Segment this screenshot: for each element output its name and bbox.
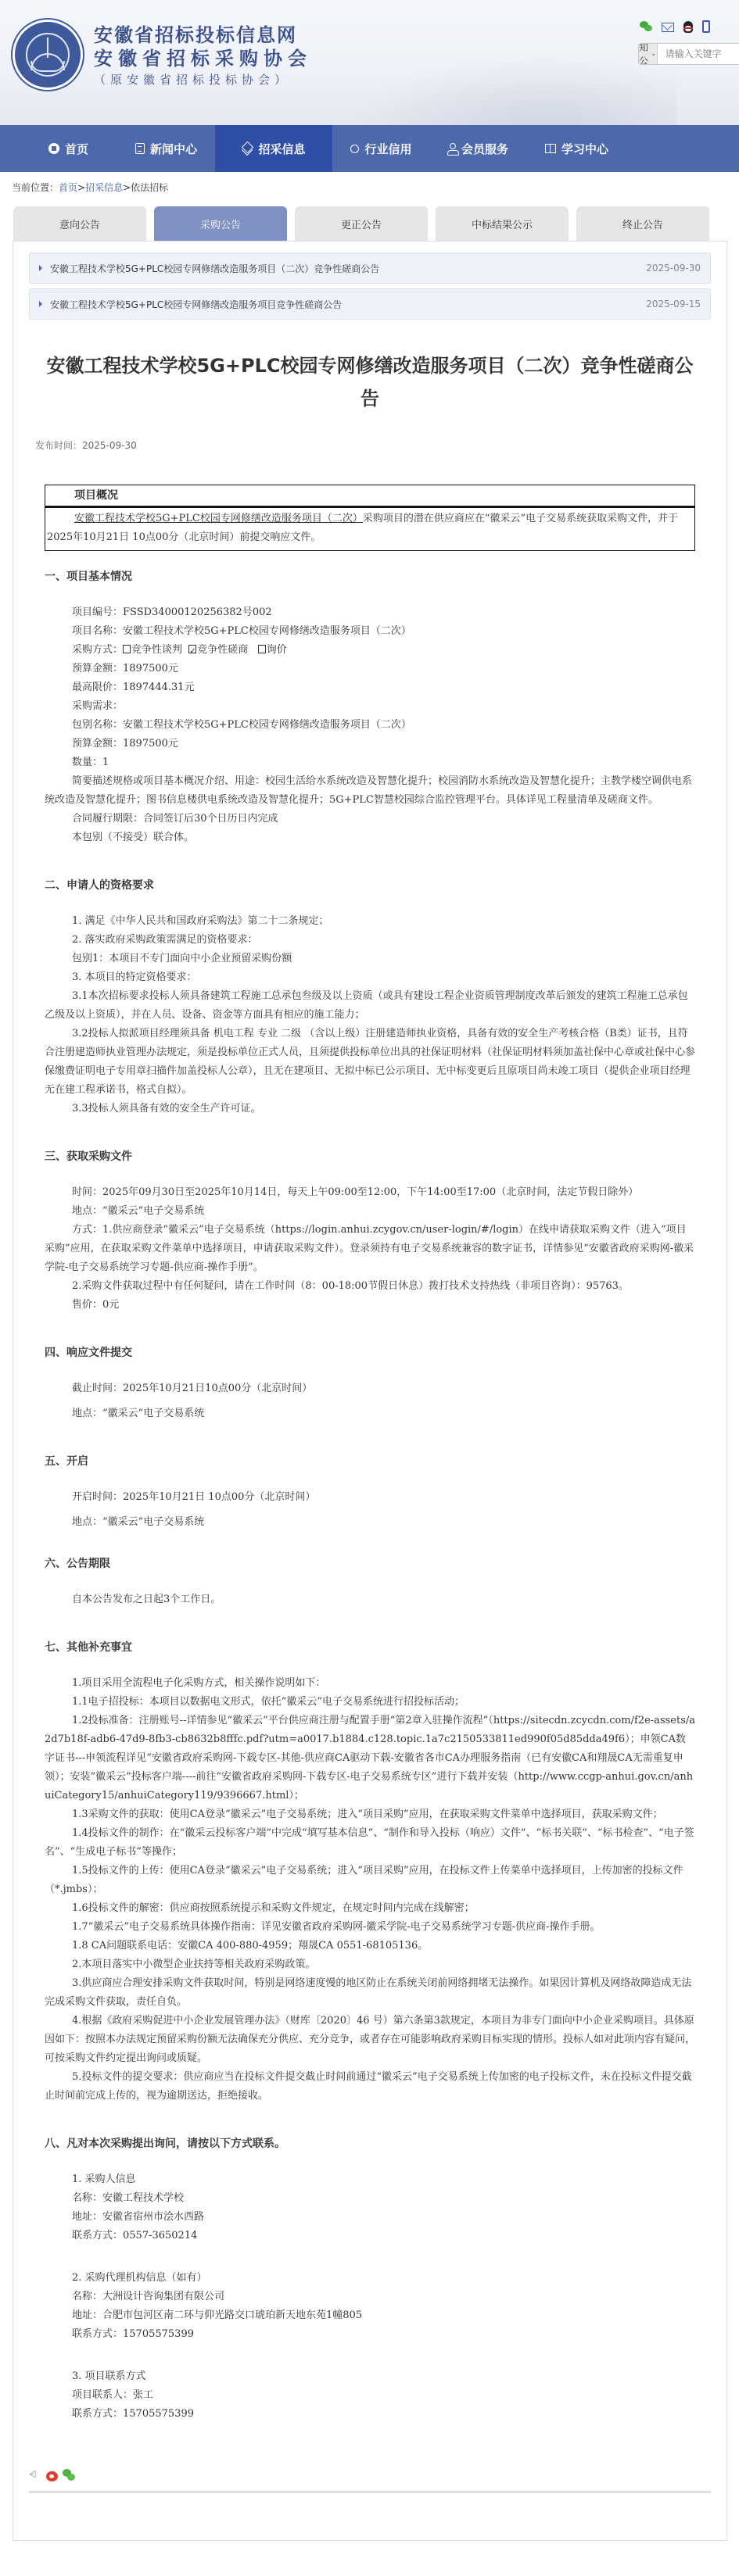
association-logo[interactable] bbox=[13, 20, 83, 90]
method-option: 询价 bbox=[267, 644, 287, 656]
share-bar bbox=[29, 2469, 711, 2481]
share-icon[interactable] bbox=[29, 2469, 41, 2481]
qq-icon[interactable] bbox=[683, 21, 693, 33]
supplementary-item: 1.4投标文件的制作：在“徽采云投标客户端”中完成“填写基本信息”、“制作和导入… bbox=[45, 1824, 695, 1862]
supplementary-item: 1.项目采用全流程电子化采购方式，相关操作说明如下： bbox=[45, 1674, 695, 1693]
publish-time: 发布时间：2025-09-30 bbox=[35, 438, 711, 452]
site-title-former: （原安徽省招标投标协会） bbox=[94, 70, 312, 89]
qualification-item: 包别1：本项目不专门面向中小企业预留采购份额 bbox=[45, 950, 695, 968]
nav-item-label: 行业信用 bbox=[364, 141, 411, 157]
nav-item-learning-center[interactable]: 学习中心 bbox=[528, 125, 626, 172]
agency-phone: 联系方式：15705575399 bbox=[45, 2325, 695, 2344]
project-overview-box: 项目概况 安徽工程技术学校5G+PLC校园专网修缮改造服务项目（二次）采购项目的… bbox=[45, 485, 695, 551]
nav-item-procurement-info[interactable]: 招采信息 bbox=[215, 125, 332, 172]
qualification-item: 3. 本项目的特定资格要求： bbox=[45, 968, 695, 987]
mail-icon[interactable] bbox=[662, 23, 674, 32]
search-category-label: 通知公告 bbox=[639, 43, 648, 65]
project-contact-title: 3. 项目联系方式 bbox=[45, 2367, 695, 2386]
procurement-method: 采购方式：竞争性谈判 竞争性磋商 询价 bbox=[45, 641, 695, 660]
document-price: 售价：0元 bbox=[45, 1296, 695, 1315]
nav-item-label: 会员服务 bbox=[461, 141, 508, 157]
wechat-icon[interactable] bbox=[63, 2469, 75, 2481]
nav-item-label: 学习中心 bbox=[561, 141, 608, 157]
nav-item-label: 新闻中心 bbox=[150, 141, 197, 157]
user-icon bbox=[450, 143, 456, 149]
site-header: 安徽省招标投标信息网 安徽省招标采购协会 （原安徽省招标投标协会） 通知公告 ⌄ bbox=[0, 0, 739, 125]
tab-correction-notice[interactable]: 更正公告 bbox=[295, 206, 428, 241]
section-heading: 三、获取采购文件 bbox=[45, 1148, 695, 1164]
section-heading: 四、响应文件提交 bbox=[45, 1344, 695, 1360]
opening-time: 开启时间：2025年10月21日 10点00分（北京时间） bbox=[45, 1488, 695, 1507]
purchaser-address: 地址：安徽省宿州市浍水西路 bbox=[45, 2208, 695, 2227]
tab-award-result[interactable]: 中标结果公示 bbox=[436, 206, 569, 241]
publish-date: 2025-09-30 bbox=[82, 440, 137, 451]
section-heading: 七、其他补充事宜 bbox=[45, 1639, 695, 1655]
checkbox-unchecked bbox=[123, 645, 131, 653]
nav-item-home[interactable]: 首页 bbox=[20, 125, 117, 172]
site-title-primary: 安徽省招标投标信息网 bbox=[94, 23, 312, 47]
bullet-triangle-icon bbox=[39, 301, 42, 307]
breadcrumb-separator: > bbox=[123, 182, 131, 193]
related-notice-date: 2025-09-15 bbox=[646, 299, 701, 309]
checkbox-unchecked bbox=[258, 645, 266, 653]
book-icon bbox=[545, 144, 556, 153]
budget-amount: 预算金额：1897500元 bbox=[45, 660, 695, 678]
medal-icon bbox=[350, 145, 359, 153]
breadcrumb-procurement-link[interactable]: 招采信息 bbox=[85, 182, 123, 193]
opening-place: 地点：“徽采云”电子交易系统 bbox=[45, 1513, 695, 1532]
acquisition-method: 方式：1.供应商登录“徽采云”电子交易系统（https://login.anhu… bbox=[45, 1221, 695, 1277]
supplementary-item: 1.8 CA问题联系电话：安徽CA 400-880-4959；翔晟CA 0551… bbox=[45, 1937, 695, 1955]
agency-title: 2. 采购代理机构信息（如有） bbox=[45, 2269, 695, 2288]
related-notice-item[interactable]: 安徽工程技术学校5G+PLC校园专网修缮改造服务项目竞争性磋商公告 2025-0… bbox=[29, 288, 711, 320]
qualification-item: 1. 满足《中华人民共和国政府采购法》第二十二条规定； bbox=[45, 912, 695, 931]
content-card: 安徽工程技术学校5G+PLC校园专网修缮改造服务项目（二次）竞争性磋商公告 20… bbox=[13, 241, 727, 2541]
nav-item-label: 首页 bbox=[65, 141, 88, 157]
qualification-item: 3.2投标人拟派项目经理须具备 机电工程 专业 二级 （含以上级）注册建造师执业… bbox=[45, 1025, 695, 1100]
mobile-icon[interactable] bbox=[702, 20, 710, 33]
breadcrumb-home-link[interactable]: 首页 bbox=[59, 182, 77, 193]
tab-termination-notice[interactable]: 终止公告 bbox=[576, 206, 709, 241]
weibo-icon[interactable] bbox=[46, 2471, 58, 2481]
qualification-item: 3.3投标人须具备有效的安全生产许可证。 bbox=[45, 1100, 695, 1118]
package-name: 包别名称：安徽工程技术学校5G+PLC校园专网修缮改造服务项目（二次） bbox=[45, 716, 695, 735]
section-heading: 六、公告期限 bbox=[45, 1555, 695, 1571]
package-budget: 预算金额：1897500元 bbox=[45, 735, 695, 753]
supplementary-item: 1.6投标文件的解密：供应商按照系统提示和采购文件规定，在规定时间内完成在线解密… bbox=[45, 1899, 695, 1918]
project-description: 简要描述规格或项目基本概况介绍、用途：校园生活给水系统改造及智慧化提升；校园消防… bbox=[45, 772, 695, 810]
supplementary-item: 1.7“徽采云”电子交易系统具体操作指南：详见安徽省政府采购网-徽采学院-电子交… bbox=[45, 1918, 695, 1937]
procurement-demand: 采购需求： bbox=[45, 697, 695, 716]
related-notice-title: 安徽工程技术学校5G+PLC校园专网修缮改造服务项目竞争性磋商公告 bbox=[50, 298, 342, 311]
acquisition-place: 地点：“徽采云”电子交易系统 bbox=[45, 1202, 695, 1221]
breadcrumb-prefix: 当前位置： bbox=[12, 182, 59, 193]
project-number: 项目编号：FSSD34000120256382号002 bbox=[45, 603, 695, 622]
max-price: 最高限价：1897444.31元 bbox=[45, 678, 695, 697]
divider bbox=[29, 2491, 711, 2493]
qualification-item: 3.1本次招标要求投标人须具备建筑工程施工总承包叁级及以上资质（或具有建设工程企… bbox=[45, 987, 695, 1025]
search-box: 通知公告 ⌄ bbox=[638, 43, 739, 65]
supplementary-item: 2.本项目落实中小微型企业扶持等相关政府采购政策。 bbox=[45, 1955, 695, 1974]
chevron-down-icon: ⌄ bbox=[651, 50, 657, 58]
submission-deadline: 截止时间：2025年10月21日10点00分（北京时间） bbox=[45, 1379, 695, 1398]
section-heading: 八、凡对本次采购提出询问，请按以下方式联系。 bbox=[45, 2135, 695, 2151]
supplementary-item: 3.供应商应合理安排采购文件获取时间，特别是网络速度慢的地区防止在系统关闭前网络… bbox=[45, 1974, 695, 2012]
related-notice-item[interactable]: 安徽工程技术学校5G+PLC校园专网修缮改造服务项目（二次）竞争性磋商公告 20… bbox=[29, 252, 711, 284]
supplementary-item: 1.5投标文件的上传：使用CA登录“徽采云”电子交易系统；进入“项目采购”应用，… bbox=[45, 1862, 695, 1899]
checkbox-checked bbox=[188, 645, 196, 653]
contract-term: 合同履行期限：合同签订后30个日历日内完成 bbox=[45, 810, 695, 828]
breadcrumb: 当前位置：首页>招采信息>依法招标 bbox=[0, 172, 739, 203]
site-title-secondary: 安徽省招标采购协会 bbox=[94, 47, 312, 70]
nav-item-member-service[interactable]: 会员服务 bbox=[430, 125, 528, 172]
related-notice-title: 安徽工程技术学校5G+PLC校园专网修缮改造服务项目（二次）竞争性磋商公告 bbox=[50, 262, 379, 275]
supplementary-item: 1.2投标准备：注册账号--详情参见“徽采云”平台供应商注册与配置手册“第2章入… bbox=[45, 1712, 695, 1805]
article-title: 安徽工程技术学校5G+PLC校园专网修缮改造服务项目（二次）竞争性磋商公告 bbox=[45, 349, 695, 415]
article-body: 项目概况 安徽工程技术学校5G+PLC校园专网修缮改造服务项目（二次）采购项目的… bbox=[29, 485, 711, 2424]
related-notice-date: 2025-09-30 bbox=[646, 263, 701, 274]
consortium-policy: 本包别（不接受）联合体。 bbox=[45, 828, 695, 847]
search-category-select[interactable]: 通知公告 ⌄ bbox=[639, 44, 658, 64]
support-hotline: 2.采购文件获取过程中有任何疑问，请在工作时间（8：00-18:00节假日休息）… bbox=[45, 1277, 695, 1296]
site-titles: 安徽省招标投标信息网 安徽省招标采购协会 （原安徽省招标投标协会） bbox=[94, 23, 312, 89]
tab-intent-notice[interactable]: 意向公告 bbox=[13, 206, 146, 241]
nav-item-label: 招采信息 bbox=[258, 141, 305, 157]
breadcrumb-separator: > bbox=[77, 182, 85, 193]
qualification-item: 2. 落实政府采购政策需满足的资格要求： bbox=[45, 931, 695, 950]
supplementary-item: 5.投标文件的提交要求：供应商应当在投标文件提交截止时间前通过“徽采云”电子交易… bbox=[45, 2068, 695, 2106]
home-icon bbox=[48, 143, 59, 154]
section-heading: 五、开启 bbox=[45, 1453, 695, 1469]
overview-text: 安徽工程技术学校5G+PLC校园专网修缮改造服务项目（二次）采购项目的潜在供应商… bbox=[45, 508, 694, 550]
overview-project-name: 安徽工程技术学校5G+PLC校园专网修缮改造服务项目（二次） bbox=[74, 513, 363, 524]
bullet-triangle-icon bbox=[39, 265, 42, 271]
wechat-icon[interactable] bbox=[640, 20, 652, 33]
acquisition-time: 时间：2025年09月30日至2025年10月14日，每天上午09:00至12:… bbox=[45, 1183, 695, 1202]
layers-icon bbox=[242, 143, 253, 154]
notice-type-tabs: 意向公告 采购公告 更正公告 中标结果公示 终止公告 bbox=[13, 203, 739, 241]
agency-address: 地址：合肥市包河区南二环与仰光路交口琥珀新天地东苑1幢805 bbox=[45, 2306, 695, 2325]
project-contact-phone: 联系方式：15705575399 bbox=[45, 2405, 695, 2424]
quantity: 数量：1 bbox=[45, 753, 695, 772]
project-name: 项目名称：安徽工程技术学校5G+PLC校园专网修缮改造服务项目（二次） bbox=[45, 622, 695, 641]
document-icon bbox=[135, 143, 145, 154]
section-heading: 一、项目基本情况 bbox=[45, 568, 695, 584]
breadcrumb-current: 依法招标 bbox=[131, 182, 168, 193]
notice-period: 自本公告发布之日起3个工作日。 bbox=[45, 1590, 695, 1609]
purchaser-name: 名称：安徽工程技术学校 bbox=[45, 2189, 695, 2208]
project-contact-person: 项目联系人：张工 bbox=[45, 2386, 695, 2405]
section-heading: 二、申请人的资格要求 bbox=[45, 877, 695, 893]
purchaser-title: 1. 采购人信息 bbox=[45, 2170, 695, 2189]
search-input[interactable] bbox=[658, 44, 739, 64]
agency-name: 名称：大洲设计咨询集团有限公司 bbox=[45, 2288, 695, 2306]
nav-item-news[interactable]: 新闻中心 bbox=[117, 125, 215, 172]
main-nav: 首页 新闻中心 招采信息 行业信用 会员服务 学习中心 bbox=[0, 125, 739, 172]
top-social-icons bbox=[640, 20, 710, 33]
method-label: 采购方式： bbox=[72, 644, 123, 656]
nav-item-industry-credit[interactable]: 行业信用 bbox=[332, 125, 430, 172]
overview-heading: 项目概况 bbox=[45, 485, 694, 508]
method-option: 竞争性谈判 bbox=[131, 644, 182, 656]
method-option: 竞争性磋商 bbox=[197, 644, 248, 656]
supplementary-item: 1.1电子招投标：本项目以数据电文形式，依托“徽采云”电子交易系统进行招投标活动… bbox=[45, 1693, 695, 1712]
supplementary-item: 1.3采购文件的获取：使用CA登录“徽采云”电子交易系统；进入“项目采购”应用，… bbox=[45, 1805, 695, 1824]
supplementary-item: 4.根据《政府采购促进中小企业发展管理办法》（财库〔2020〕46 号）第六条第… bbox=[45, 2012, 695, 2068]
publish-label: 发布时间： bbox=[35, 440, 82, 451]
tab-procurement-notice[interactable]: 采购公告 bbox=[154, 206, 287, 241]
submission-place: 地点：“徽采云”电子交易系统 bbox=[45, 1404, 695, 1423]
purchaser-phone: 联系方式：0557-3650214 bbox=[45, 2227, 695, 2245]
